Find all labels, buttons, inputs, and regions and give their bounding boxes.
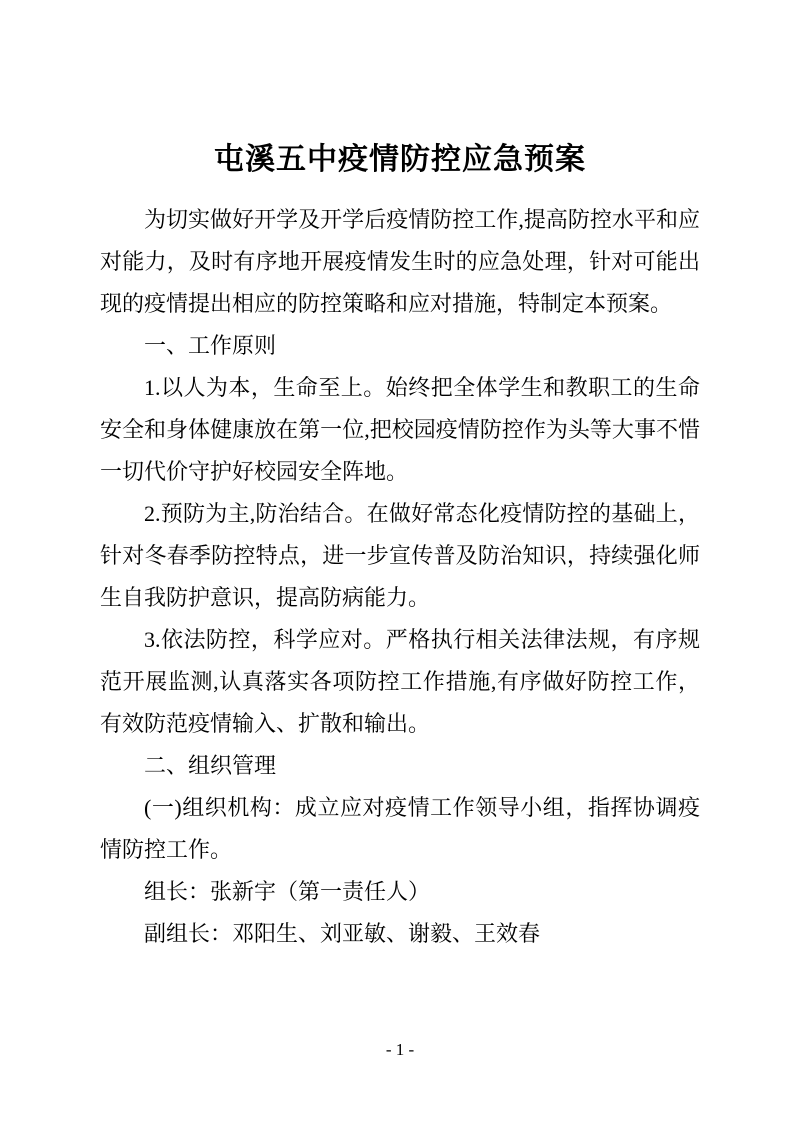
document-title: 屯溪五中疫情防控应急预案 xyxy=(100,0,700,179)
paragraph-intro: 为切实做好开学及开学后疫情防控工作,提高防控水平和应对能力，及时有序地开展疫情发… xyxy=(100,199,700,325)
heading-section-2-organization-management: 二、组织管理 xyxy=(100,745,700,787)
paragraph-principle-1-people-first: 1.以人为本，生命至上。始终把全体学生和教职工的生命安全和身体健康放在第一位,把… xyxy=(100,367,700,493)
paragraph-organization-structure: (一)组织机构：成立应对疫情工作领导小组，指挥协调疫情防控工作。 xyxy=(100,787,700,871)
document-body: 为切实做好开学及开学后疫情防控工作,提高防控水平和应对能力，及时有序地开展疫情发… xyxy=(100,199,700,955)
heading-section-1-work-principles: 一、工作原则 xyxy=(100,325,700,367)
document-page: 屯溪五中疫情防控应急预案 为切实做好开学及开学后疫情防控工作,提高防控水平和应对… xyxy=(0,0,800,1132)
paragraph-principle-2-prevention-first: 2.预防为主,防治结合。在做好常态化疫情防控的基础上，针对冬春季防控特点，进一步… xyxy=(100,493,700,619)
paragraph-deputy-group-leaders: 副组长：邓阳生、刘亚敏、谢毅、王效春 xyxy=(100,913,700,955)
paragraph-principle-3-lawful-control: 3.依法防控，科学应对。严格执行相关法律法规，有序规范开展监测,认真落实各项防控… xyxy=(100,619,700,745)
paragraph-group-leader: 组长：张新宇（第一责任人） xyxy=(100,871,700,913)
page-number: - 1 - xyxy=(0,1038,800,1062)
document-content: 屯溪五中疫情防控应急预案 为切实做好开学及开学后疫情防控工作,提高防控水平和应对… xyxy=(0,0,800,955)
document-title-text: 屯溪五中疫情防控应急预案 xyxy=(214,143,586,176)
